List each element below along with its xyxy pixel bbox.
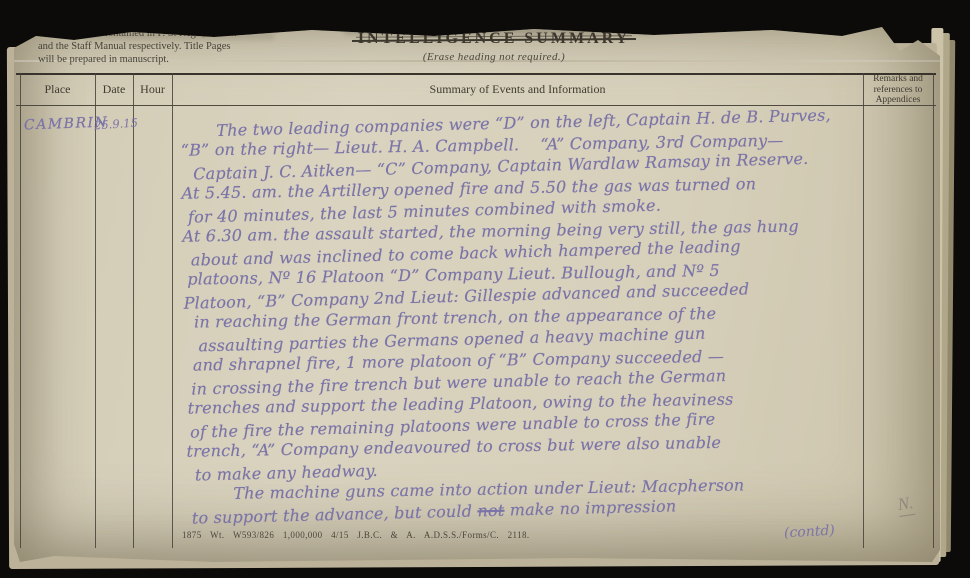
table-column-rule: [95, 73, 96, 548]
form-title-struck: INTELLIGENCE SUMMARY: [358, 30, 630, 48]
table-column-rule: [172, 73, 173, 548]
form-instruction-line: and the Staff Manual respectively. Title…: [38, 40, 268, 53]
form-header: INTELLIGENCE SUMMARY (Erase heading not …: [314, 30, 674, 63]
struck-out-word: not: [477, 501, 504, 521]
column-header-place: Place: [20, 73, 95, 105]
entry-date: 25.9.15: [94, 115, 139, 132]
printer-imprint: 1875 Wt. W593/826 1,000,000 4/15 J.B.C. …: [182, 530, 530, 540]
column-header-date: Date: [95, 73, 133, 105]
continuation-note: (contd): [784, 523, 836, 542]
pencil-initials: N.: [897, 493, 916, 517]
table-column-rule: [133, 73, 134, 548]
line-text: to support the advance, but could: [192, 501, 478, 527]
column-header-hour: Hour: [133, 73, 172, 105]
heading-instruction: (Erase heading not required.): [314, 51, 674, 63]
column-header-summary: Summary of Events and Information: [172, 73, 863, 105]
entry-summary-text: The two leading companies were “D” on th…: [180, 105, 878, 527]
form-instructions: Summaries are contained in F. S. Regs., …: [38, 27, 268, 66]
diary-page: Summaries are contained in F. S. Regs., …: [14, 24, 940, 562]
table-column-rule: [20, 73, 21, 548]
form-instruction-line: Summaries are contained in F. S. Regs., …: [38, 27, 268, 40]
form-instruction-line: will be prepared in manuscript.: [38, 53, 268, 66]
line-text: make no impression: [504, 496, 676, 519]
table-column-rule: [933, 73, 934, 548]
column-header-remarks: Remarks and references to Appendices: [863, 73, 933, 106]
